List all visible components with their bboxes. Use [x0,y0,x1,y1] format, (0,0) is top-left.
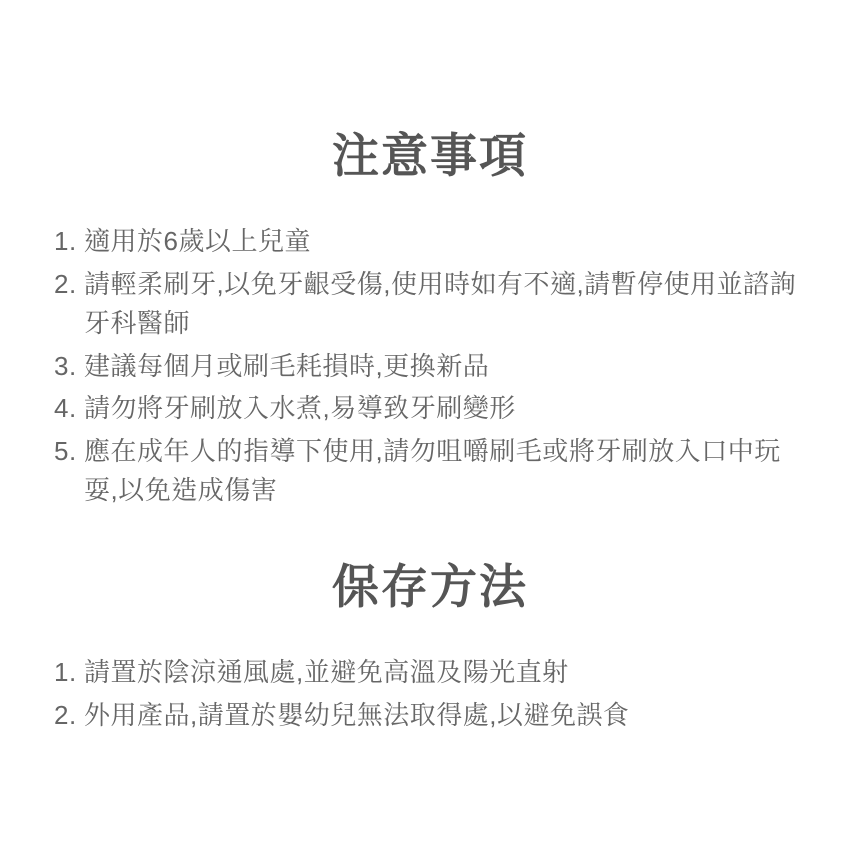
precaution-item: 建議每個月或刷毛耗損時,更換新品 [54,347,812,387]
precaution-item: 應在成年人的指導下使用,請勿咀嚼刷毛或將牙刷放入口中玩耍,以免造成傷害 [54,432,812,511]
storage-method-list: 請置於陰涼通風處,並避免高溫及陽光直射 外用產品,請置於嬰幼兒無法取得處,以避免… [48,653,812,735]
precautions-list: 適用於6歲以上兒童 請輕柔刷牙,以免牙齦受傷,使用時如有不適,請暫停使用並諮詢牙… [48,222,812,511]
precaution-item: 請勿將牙刷放入水煮,易導致牙刷變形 [54,389,812,429]
precaution-item: 請輕柔刷牙,以免牙齦受傷,使用時如有不適,請暫停使用並諮詢牙科醫師 [54,265,812,344]
precaution-item: 適用於6歲以上兒童 [54,222,812,262]
storage-method-title: 保存方法 [48,559,812,615]
storage-item: 外用產品,請置於嬰幼兒無法取得處,以避免誤食 [54,696,812,736]
instruction-page: 注意事項 適用於6歲以上兒童 請輕柔刷牙,以免牙齦受傷,使用時如有不適,請暫停使… [0,0,860,860]
storage-item: 請置於陰涼通風處,並避免高溫及陽光直射 [54,653,812,693]
precautions-title: 注意事項 [48,128,812,184]
